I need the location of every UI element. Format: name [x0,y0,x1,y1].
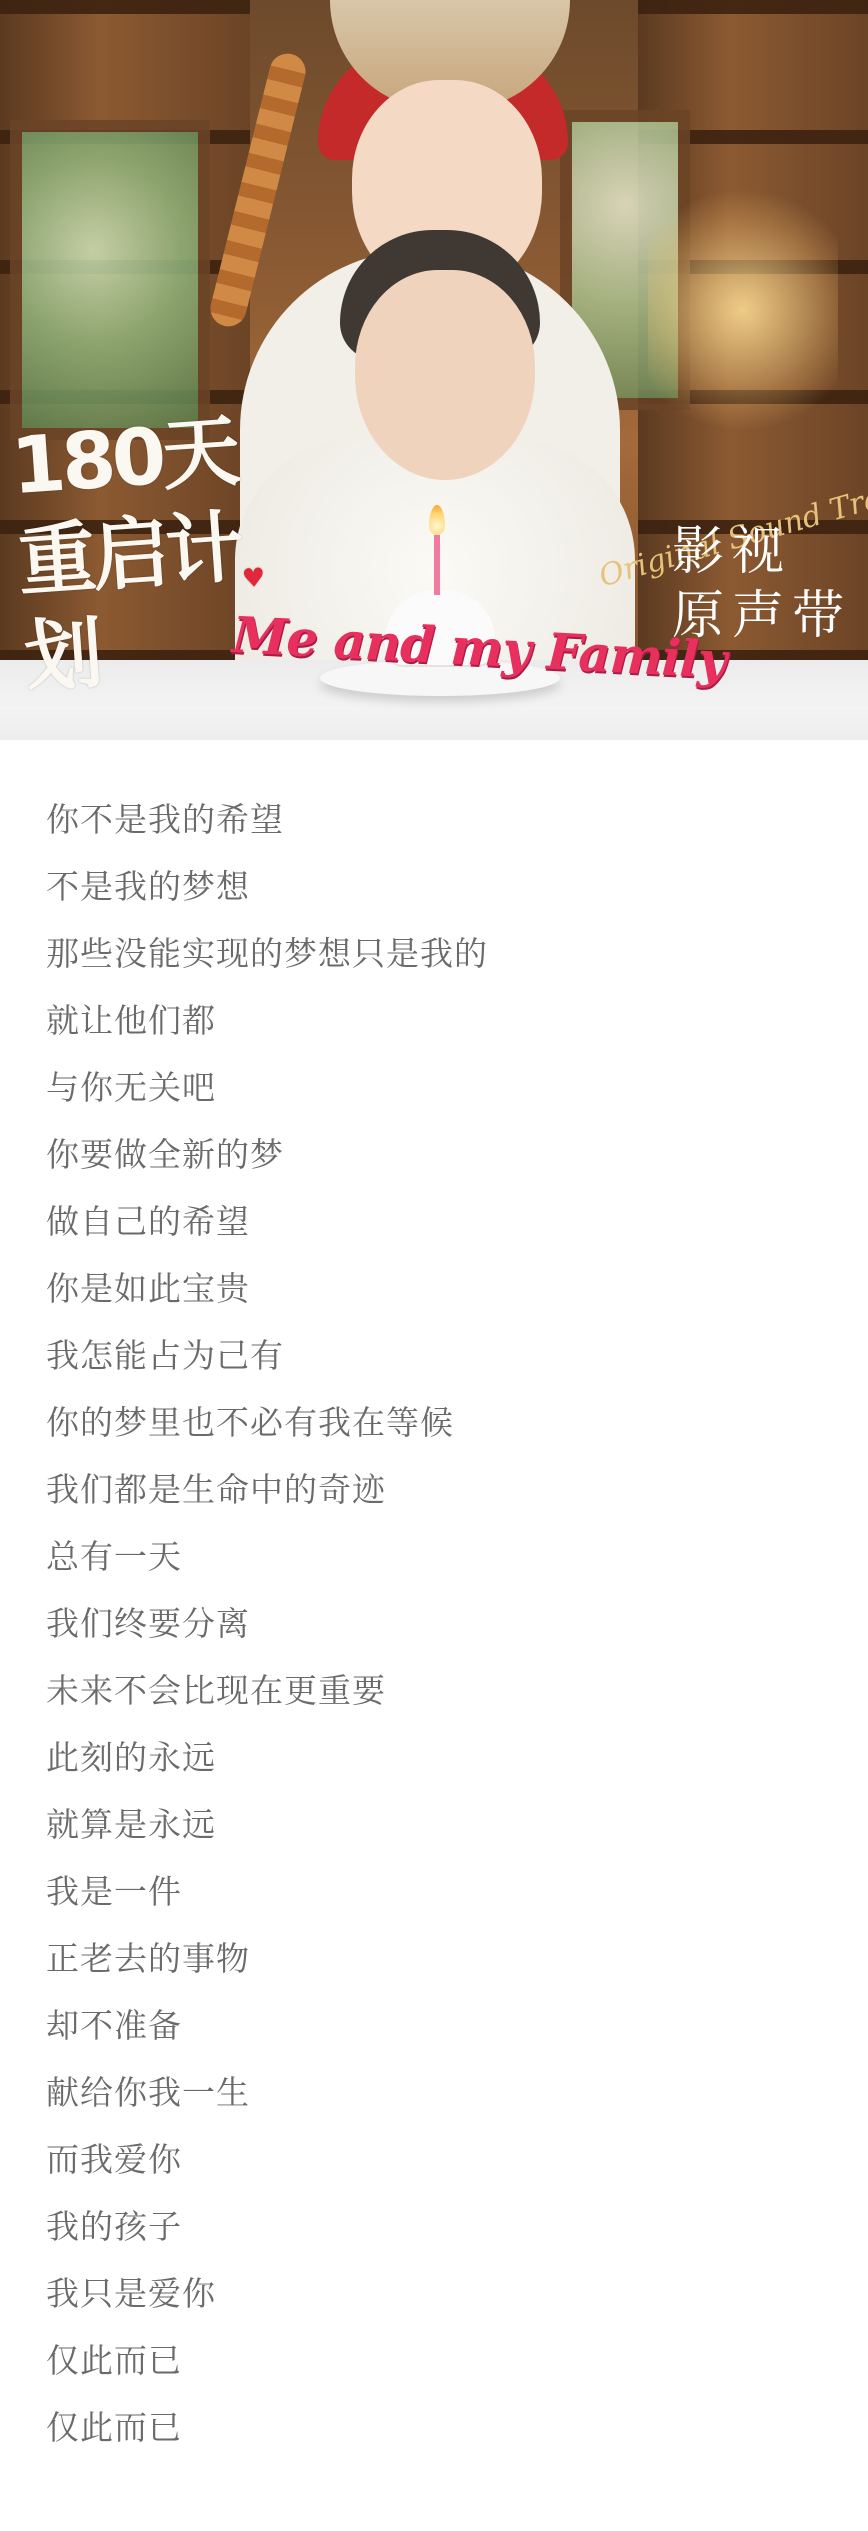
lyrics-body: 你不是我的希望不是我的梦想那些没能实现的梦想只是我的就让他们都与你无关吧你要做全… [0,740,868,2531]
lyric-line: 你的梦里也不必有我在等候 [46,1389,868,1456]
lyric-line: 就让他们都 [46,987,868,1054]
ost-line2: 原声带 [672,584,852,648]
lyric-line: 我的孩子 [46,2193,868,2260]
lyric-line: 正老去的事物 [46,1925,868,1992]
lyric-line: 我是一件 [46,1858,868,1925]
ost-chinese-label: 影视 原声带 [672,520,852,648]
warm-light [648,180,838,440]
lyric-line: 你是如此宝贵 [46,1255,868,1322]
lyric-line: 我们终要分离 [46,1590,868,1657]
lyric-line: 我只是爱你 [46,2260,868,2327]
lyric-line: 我们都是生命中的奇迹 [46,1456,868,1523]
mother-face [355,270,535,480]
poster-title-line1: 180天 [8,401,274,515]
lyric-line: 仅此而已 [46,2394,868,2461]
lyric-line: 与你无关吧 [46,1054,868,1121]
ost-line1: 影视 [672,520,852,584]
lyric-line: 做自己的希望 [46,1188,868,1255]
lyric-line: 而我爱你 [46,2126,868,2193]
window-greenery [10,120,210,440]
lyric-line: 仅此而已 [46,2327,868,2394]
lyric-line: 未来不会比现在更重要 [46,1657,868,1724]
lyric-line: 那些没能实现的梦想只是我的 [46,920,868,987]
candle-icon [434,535,440,595]
lyric-line: 不是我的梦想 [46,853,868,920]
lyric-line: 你要做全新的梦 [46,1121,868,1188]
lyric-line: 总有一天 [46,1523,868,1590]
lyric-line: 你不是我的希望 [46,786,868,853]
album-cover-poster: 180天 重启计划 ♥ Me and my Family Original So… [0,0,868,740]
lyric-line: 就算是永远 [46,1791,868,1858]
lyric-line: 此刻的永远 [46,1724,868,1791]
lyric-line: 献给你我一生 [46,2059,868,2126]
lyric-line: 我怎能占为己有 [46,1322,868,1389]
lyric-line: 却不准备 [46,1992,868,2059]
